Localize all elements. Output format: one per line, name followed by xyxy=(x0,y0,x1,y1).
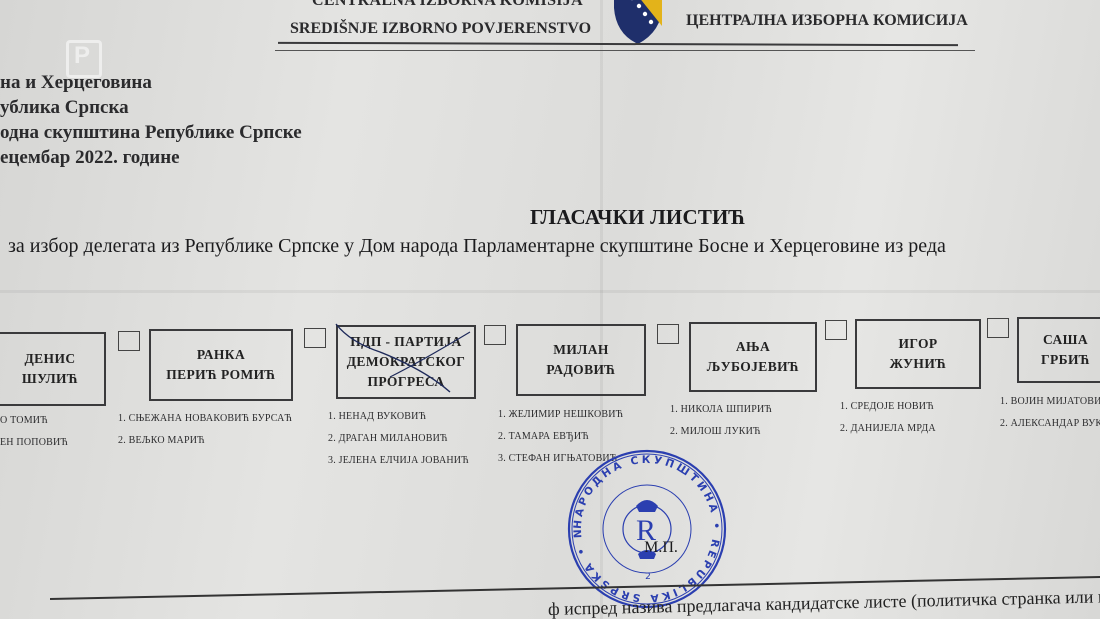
pen-cross-mark xyxy=(330,322,480,394)
list-item: 1. НИКОЛА ШПИРИЋ xyxy=(670,399,772,421)
list-item: 2. ВЕЉКО МАРИЋ xyxy=(118,430,292,452)
coat-of-arms-icon xyxy=(612,0,664,44)
candidate-list: 1. СРЕДОЈЕ НОВИЋ 2. ДАНИЈЕЛА МРДА xyxy=(840,396,936,440)
candidate-list: 1. НИКОЛА ШПИРИЋ 2. МИЛОШ ЛУКИЋ xyxy=(670,399,772,443)
candidate-name: ШУЛИЋ xyxy=(22,369,78,389)
candidate-name: ЉУБОЈЕВИЋ xyxy=(707,357,799,377)
watermark-logo-letter: P xyxy=(74,42,90,70)
list-item: ЕН ПОПОВИЋ xyxy=(0,432,68,454)
vote-checkbox[interactable] xyxy=(484,325,506,345)
vote-checkbox[interactable] xyxy=(657,324,679,344)
list-item: 1. ЖЕЛИМИР НЕШКОВИЋ xyxy=(498,404,623,426)
meta-line: одна скупштина Републике Српске xyxy=(0,120,302,145)
svg-text:М.П.: М.П. xyxy=(644,539,678,556)
vote-checkbox[interactable] xyxy=(987,318,1009,338)
candidate-name: ИГОР xyxy=(890,334,947,354)
candidate-name: МИЛАН xyxy=(546,340,615,360)
list-item: 2. ТАМАРА ЕВЂИЋ xyxy=(498,426,623,448)
paper-fold xyxy=(0,290,1100,293)
candidate-name: АЊА xyxy=(707,337,799,357)
candidate-box: РАНКАПЕРИЋ РОМИЋ xyxy=(149,329,293,401)
header-rule xyxy=(278,42,958,46)
list-item: 1. СРЕДОЈЕ НОВИЋ xyxy=(840,396,936,418)
header-rule xyxy=(275,50,975,51)
header-latin-line1: CENTRALNA IZBORNA KOMISIJA xyxy=(312,0,583,10)
vote-checkbox[interactable] xyxy=(304,328,326,348)
list-item: 2. АЛЕКСАНДАР ВУКО xyxy=(1000,413,1100,435)
candidate-name: САША xyxy=(1041,330,1090,350)
candidate-box: САШАГРБИЋ xyxy=(1017,317,1100,383)
candidate-name: ГРБИЋ xyxy=(1041,350,1090,370)
svg-text:2: 2 xyxy=(645,572,651,582)
list-item: О ТОМИЋ xyxy=(0,410,68,432)
candidate-box: МИЛАНРАДОВИЋ xyxy=(516,324,646,396)
candidate-box: ДЕНИСШУЛИЋ xyxy=(0,332,106,406)
candidate-name: РАДОВИЋ xyxy=(546,360,615,380)
candidate-box: ИГОРЖУНИЋ xyxy=(855,319,981,389)
election-meta: на и Херцеговина ублика Српска одна скуп… xyxy=(0,70,302,170)
candidate-list: О ТОМИЋ ЕН ПОПОВИЋ xyxy=(0,410,68,454)
candidate-name: ПЕРИЋ РОМИЋ xyxy=(166,365,276,385)
candidate-name: ЖУНИЋ xyxy=(890,354,947,374)
candidate-list: 1. НЕНАД ВУКОВИЋ 2. ДРАГАН МИЛАНОВИЋ 3. … xyxy=(328,406,469,472)
list-item: 1. СЊЕЖАНА НОВАКОВИЋ БУРСАЋ xyxy=(118,408,292,430)
meta-line: на и Херцеговина xyxy=(0,70,302,95)
meta-line: ублика Српска xyxy=(0,95,302,120)
list-item: 1. НЕНАД ВУКОВИЋ xyxy=(328,406,469,428)
candidate-name: ДЕНИС xyxy=(22,349,78,369)
header-cyrillic-line: ЦЕНТРАЛНА ИЗБОРНА КОМИСИЈА xyxy=(686,12,968,30)
ballot-subtitle: за избор делегата из Републике Српске у … xyxy=(8,235,946,258)
list-item: 2. ДРАГАН МИЛАНОВИЋ xyxy=(328,428,469,450)
vote-checkbox[interactable] xyxy=(825,320,847,340)
list-item: 2. ДАНИЈЕЛА МРДА xyxy=(840,418,936,440)
candidate-box: АЊАЉУБОЈЕВИЋ xyxy=(689,322,817,392)
list-item: 3. ЈЕЛЕНА ЕЛЧИЈА ЈОВАНИЋ xyxy=(328,450,469,472)
candidate-list: 1. ВОЈИН МИЈАТОВИЋ 2. АЛЕКСАНДАР ВУКО xyxy=(1000,391,1100,435)
ballot-title: ГЛАСАЧКИ ЛИСТИЋ xyxy=(530,205,746,230)
candidate-name: РАНКА xyxy=(166,345,276,365)
meta-line: ецембар 2022. године xyxy=(0,145,302,170)
list-item: 2. МИЛОШ ЛУКИЋ xyxy=(670,421,772,443)
vote-checkbox[interactable] xyxy=(118,331,140,351)
candidate-list: 1. СЊЕЖАНА НОВАКОВИЋ БУРСАЋ 2. ВЕЉКО МАР… xyxy=(118,408,292,452)
header-latin-line2: SREDIŠNJE IZBORNO POVJERENSTVO xyxy=(290,20,591,38)
list-item: 1. ВОЈИН МИЈАТОВИЋ xyxy=(1000,391,1100,413)
